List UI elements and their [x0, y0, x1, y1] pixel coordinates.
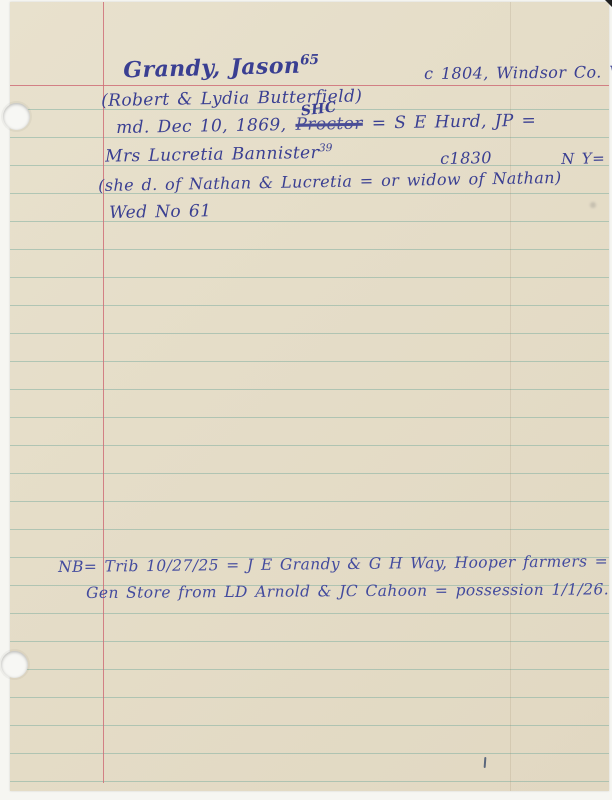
marriage-date-text: md. Dec 10, 1869,: [116, 115, 287, 138]
spouse-ref-number: 39: [319, 142, 333, 154]
entry-name-line: Grandy, Jason65: [123, 52, 320, 83]
birth-info-line: c 1804, Windsor Co. Vt,: [424, 62, 612, 83]
hole-punch-top: [3, 103, 30, 130]
scan-corner-artifact: [605, 0, 612, 7]
scanned-document: Grandy, Jason65 c 1804, Windsor Co. Vt, …: [0, 0, 612, 800]
entry-ref-number: 65: [300, 52, 319, 68]
hole-punch-bottom: [1, 651, 28, 678]
struck-word-wrap: ProctorSHC: [295, 114, 363, 135]
spouse-birth-place: N Y=: [561, 149, 605, 168]
marriage-witness-text: = S E Hurd, JP =: [372, 111, 537, 134]
ruled-lines: [10, 109, 609, 789]
red-margin-line-horizontal: [10, 85, 609, 86]
footnote-line-2: Gen Store from LD Arnold & JC Cahoon = p…: [86, 580, 609, 602]
spouse-name-line: Mrs Lucretia Bannister39: [105, 142, 333, 167]
wed-number-line: Wed No 61: [109, 201, 212, 223]
red-margin-line-vertical: [103, 2, 104, 783]
spouse-name-text: Mrs Lucretia Bannister: [105, 143, 319, 167]
entry-name-text: Grandy, Jason: [123, 53, 301, 84]
paper-smudge: [590, 202, 596, 208]
notebook-paper: Grandy, Jason65 c 1804, Windsor Co. Vt, …: [10, 2, 609, 791]
spouse-birth-year: c1830: [440, 148, 492, 168]
